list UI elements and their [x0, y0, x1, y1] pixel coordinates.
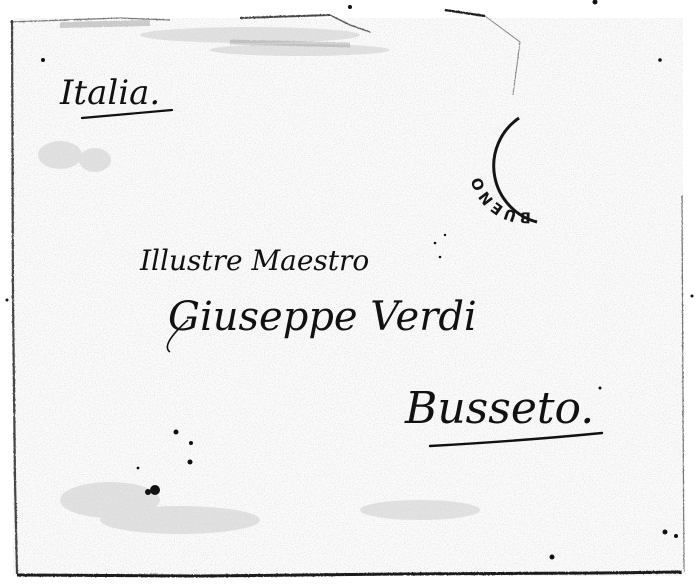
salutation-text: Illustre Maestro	[139, 244, 369, 277]
destination-city: Busseto.	[404, 383, 594, 434]
envelope-scan: Italia. BUENO Illustre Maestro Giuseppe …	[0, 0, 700, 584]
salutation-line: Illustre Maestro	[139, 244, 369, 277]
country-text: Italia.	[59, 73, 160, 113]
recipient-name: Giuseppe Verdi	[168, 294, 477, 340]
country-line: Italia.	[59, 73, 172, 118]
